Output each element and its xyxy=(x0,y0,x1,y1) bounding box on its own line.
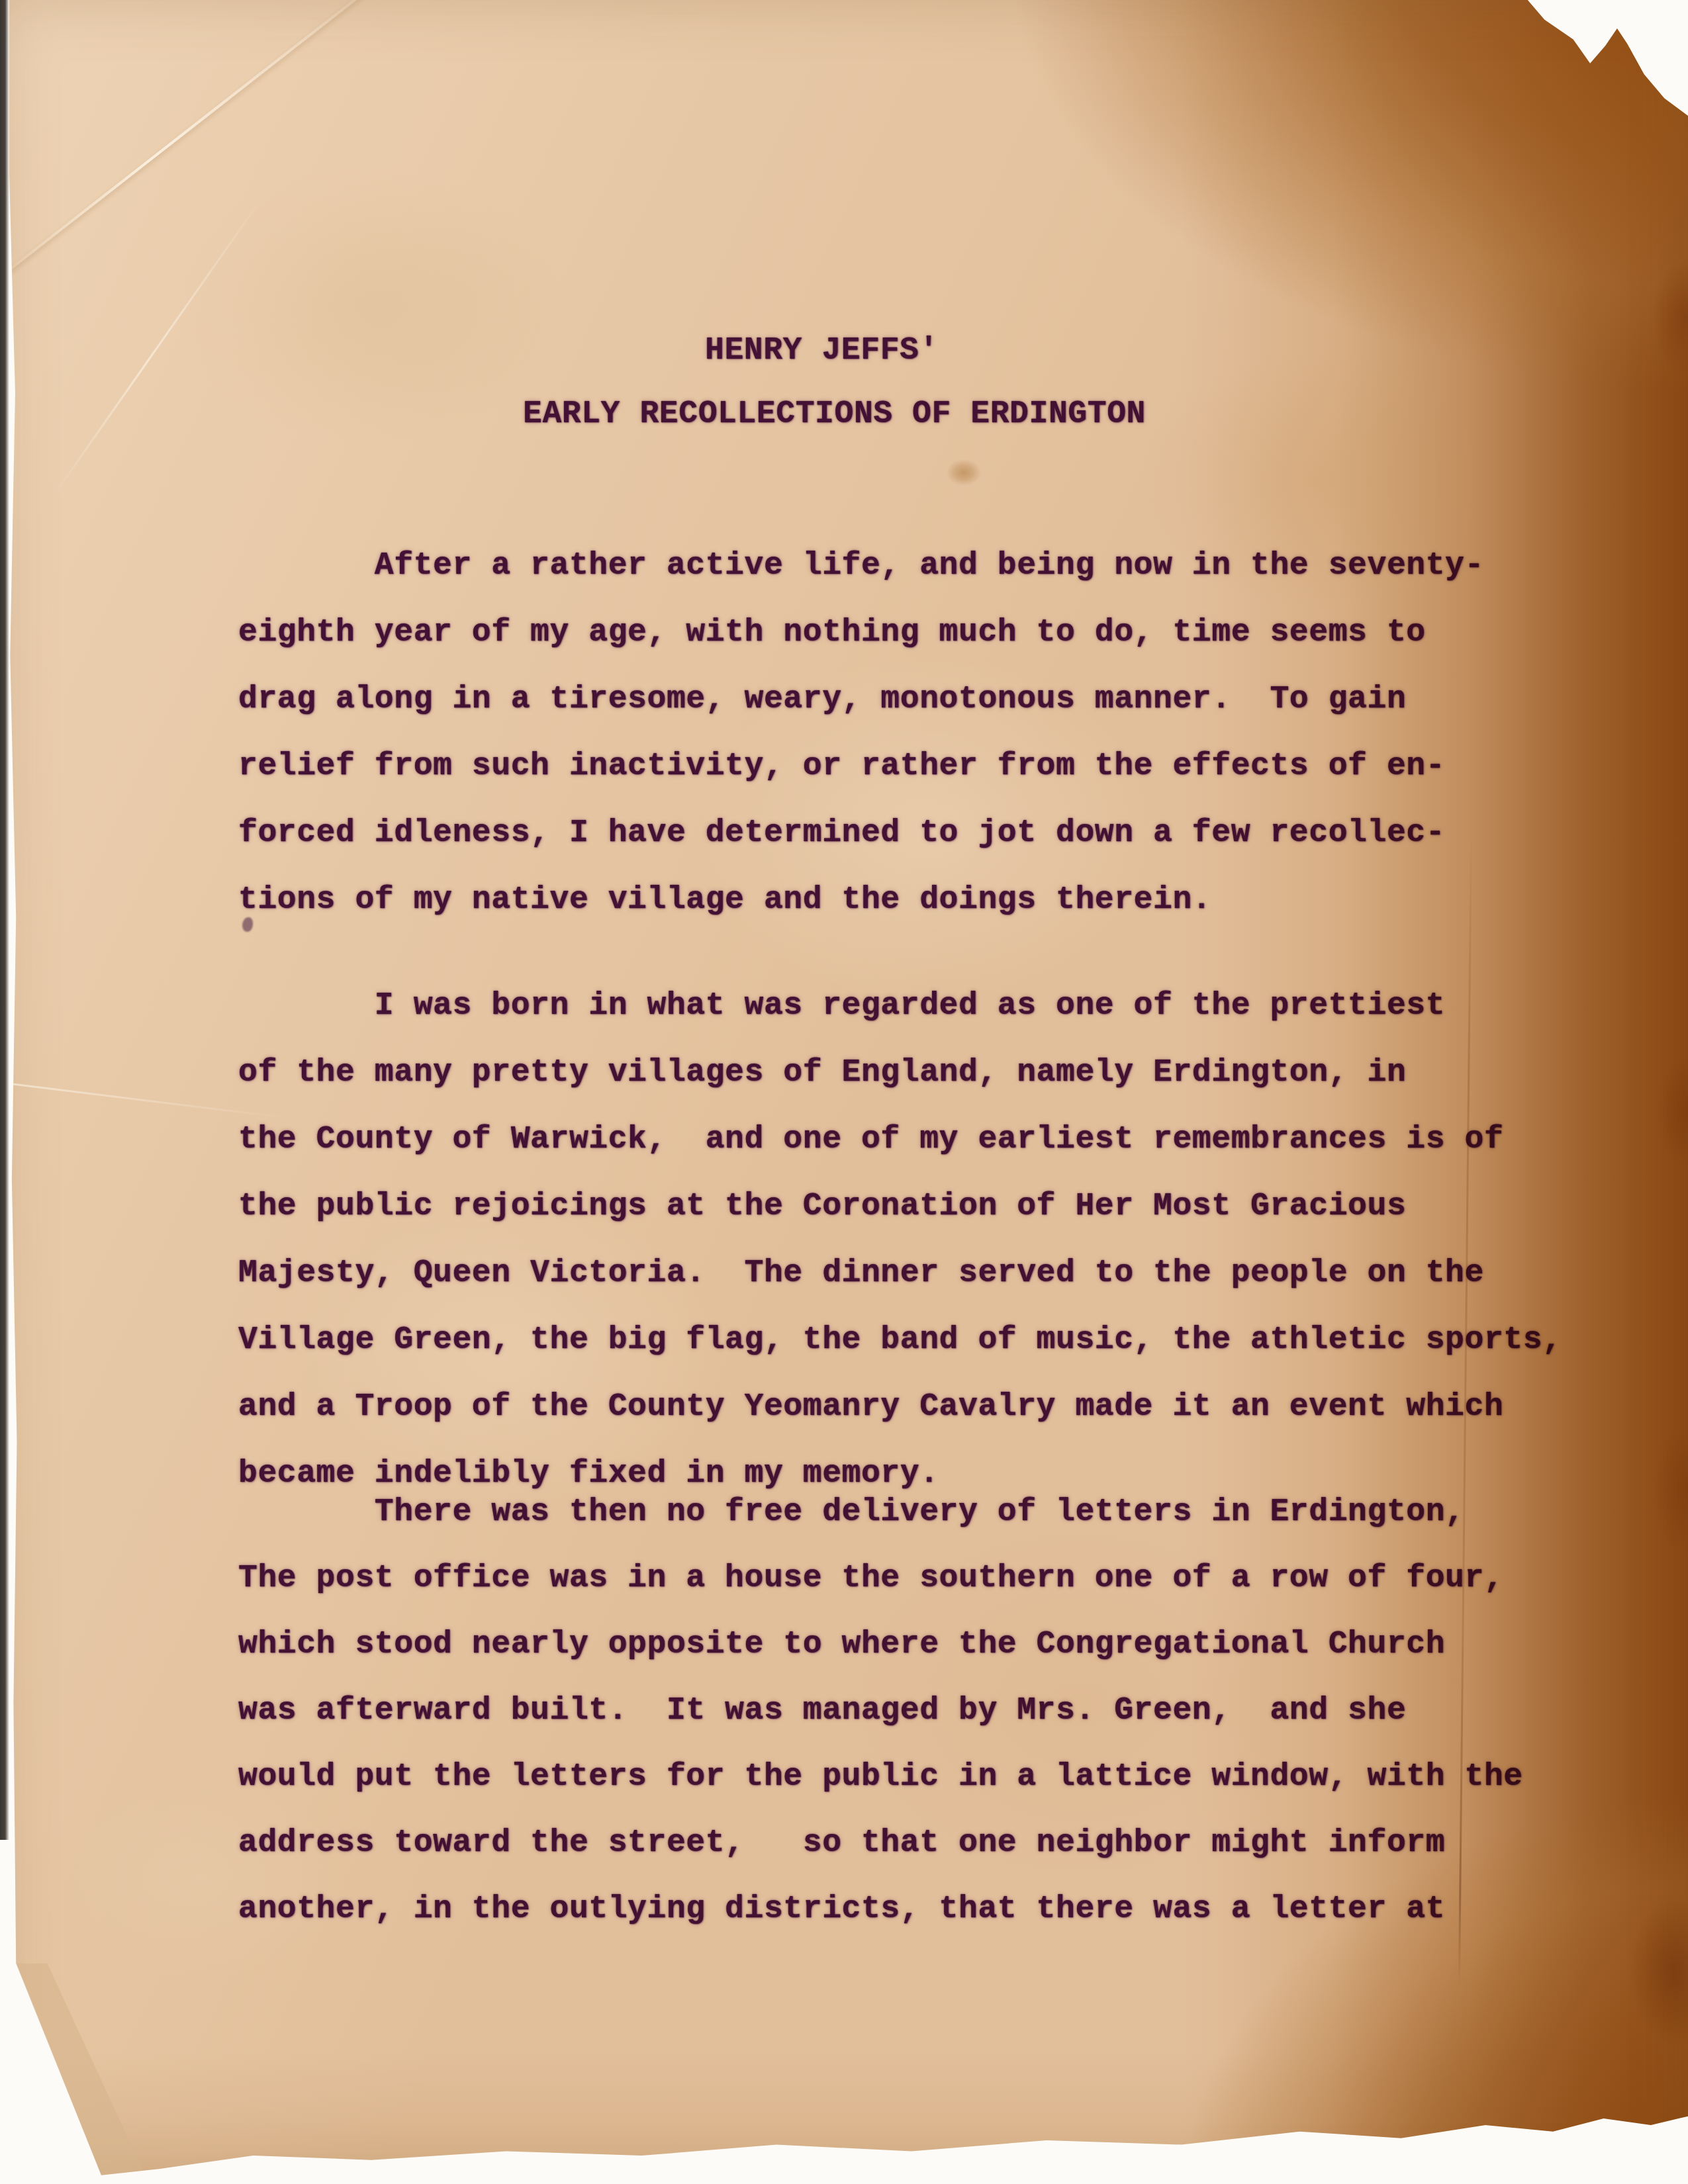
paper-sheet: HENRY JEFFS' EARLY RECOLLECTIONS OF ERDI… xyxy=(0,0,1688,2184)
paragraph-3: There was then no free delivery of lette… xyxy=(238,1479,1523,1942)
scanner-edge-shadow xyxy=(0,0,9,1840)
scanned-page: HENRY JEFFS' EARLY RECOLLECTIONS OF ERDI… xyxy=(0,0,1688,2184)
paragraph-1: After a rather active life, and being no… xyxy=(238,533,1484,934)
fold-crease-line xyxy=(10,1958,99,2184)
document-title: HENRY JEFFS' xyxy=(705,318,939,384)
crease-line xyxy=(9,0,375,271)
document-subtitle: EARLY RECOLLECTIONS OF ERDINGTON xyxy=(523,381,1146,447)
crease-line xyxy=(52,193,266,497)
paragraph-2: I was born in what was regarded as one o… xyxy=(238,973,1562,1508)
